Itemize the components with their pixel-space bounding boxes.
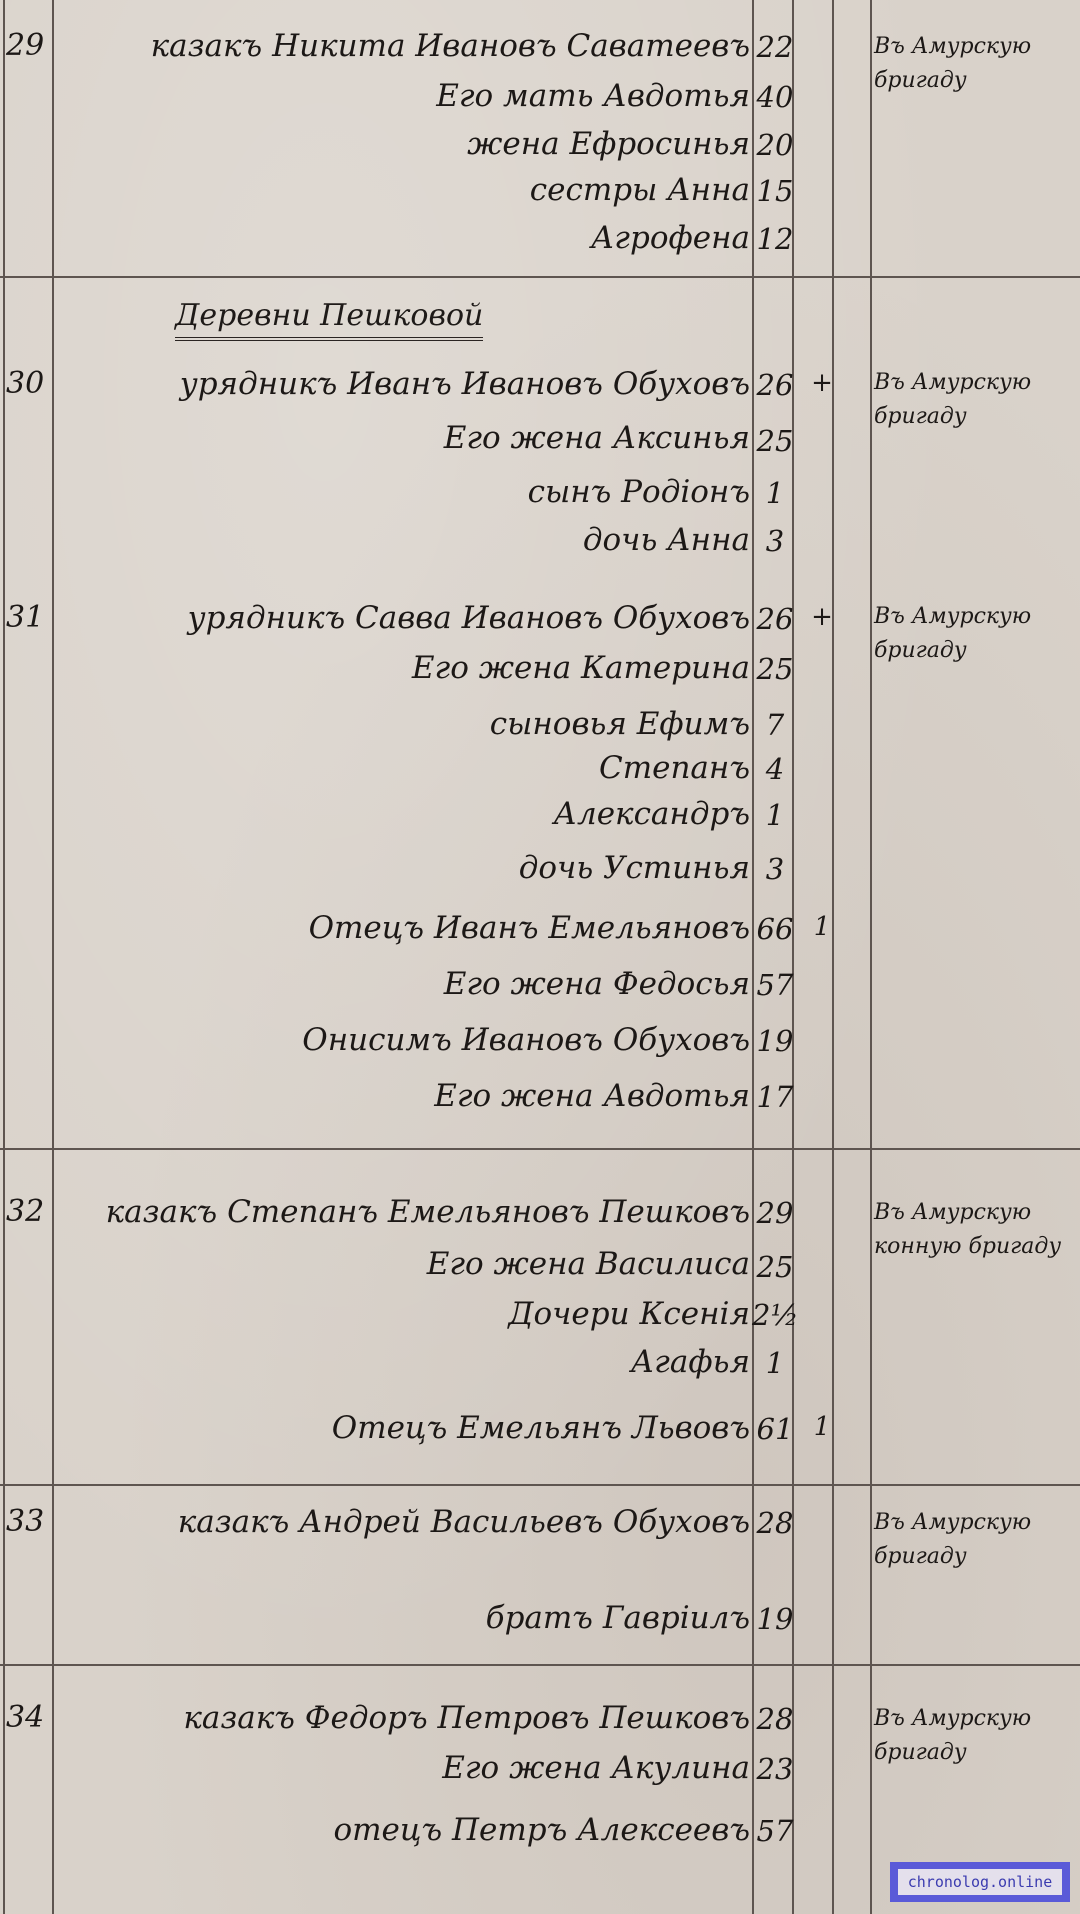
entry-line: Дочери Ксенія [508, 1296, 750, 1332]
entry-number: 30 [6, 366, 44, 401]
entry-line: отецъ Петръ Алексеевъ [333, 1812, 750, 1848]
entry-line: сестры Анна [530, 172, 750, 208]
entry-line: казакъ Андрей Васильевъ Обуховъ [178, 1504, 750, 1540]
entry-line: казакъ Федоръ Петровъ Пешковъ [183, 1700, 750, 1736]
entry-line: Его жена Катерина [412, 650, 750, 686]
age-value: 3 [752, 524, 798, 558]
watermark-badge: chronolog.online [890, 1862, 1070, 1902]
age-value: 57 [752, 1814, 798, 1848]
entry-number: 31 [6, 600, 44, 635]
age-value: 3 [752, 852, 798, 886]
entry-number: 32 [6, 1194, 44, 1229]
mark-value: 1 [806, 912, 838, 942]
entry-line: Агрофена [591, 220, 750, 256]
entry-line: Его мать Авдотья [436, 78, 750, 114]
entry-number: 33 [6, 1504, 44, 1539]
section-heading: Деревни Пешковой [175, 298, 483, 341]
age-value: 19 [752, 1602, 798, 1636]
age-value: 61 [752, 1412, 798, 1446]
age-value: 20 [752, 128, 798, 162]
entry-line: Агафья [631, 1344, 750, 1380]
entry-number: 34 [6, 1700, 44, 1735]
age-value: 25 [752, 652, 798, 686]
entry-line: Степанъ [599, 750, 750, 786]
entry-line: Его жена Авдотья [434, 1078, 750, 1114]
entry-note: Въ Амурскую бригаду [874, 1702, 1079, 1770]
age-value: 26 [752, 602, 798, 636]
separator-after-31 [0, 1148, 1080, 1150]
entry-line: Александръ [554, 796, 751, 832]
age-value: 15 [752, 174, 798, 208]
entry-line: Его жена Акулина [442, 1750, 750, 1786]
notes-column-left-rule [870, 0, 872, 1914]
mark-column-right-rule [832, 0, 834, 1914]
age-value: 66 [752, 912, 798, 946]
age-value: 1 [752, 798, 798, 832]
separator-after-32 [0, 1484, 1080, 1486]
mark-value: + [806, 602, 838, 632]
mark-value: 1 [806, 1412, 838, 1442]
age-value: 2½ [752, 1298, 798, 1332]
mark-value: + [806, 368, 838, 398]
age-value: 23 [752, 1752, 798, 1786]
entry-line: Отецъ Емельянъ Львовъ [332, 1410, 750, 1446]
age-value: 1 [752, 476, 798, 510]
age-value: 12 [752, 222, 798, 256]
age-value: 28 [752, 1506, 798, 1540]
entry-line: урядникъ Савва Ивановъ Обуховъ [188, 600, 750, 636]
age-value: 40 [752, 80, 798, 114]
document-page: Деревни Пешковой 29 казакъ Никита Иванов… [0, 0, 1080, 1914]
entry-line: Онисимъ Ивановъ Обуховъ [302, 1022, 750, 1058]
age-value: 17 [752, 1080, 798, 1114]
age-value: 19 [752, 1024, 798, 1058]
entry-line: Его жена Василиса [427, 1246, 750, 1282]
left-margin-rule [3, 0, 5, 1914]
entry-line: братъ Гавріилъ [486, 1600, 750, 1636]
age-value: 25 [752, 424, 798, 458]
age-value: 29 [752, 1196, 798, 1230]
entry-line: сынъ Родіонъ [528, 474, 750, 510]
age-value: 26 [752, 368, 798, 402]
age-value: 1 [752, 1346, 798, 1380]
entry-line: жена Ефросинья [467, 126, 750, 162]
entry-line: дочь Анна [583, 522, 750, 558]
entry-line: Отецъ Иванъ Емельяновъ [309, 910, 750, 946]
age-value: 4 [752, 752, 798, 786]
entry-line: сыновья Ефимъ [490, 706, 750, 742]
entry-line: урядникъ Иванъ Ивановъ Обуховъ [180, 366, 750, 402]
age-value: 7 [752, 708, 798, 742]
entry-line: Его жена Аксинья [444, 420, 750, 456]
watermark-text: chronolog.online [898, 1869, 1062, 1895]
separator-after-33 [0, 1664, 1080, 1666]
entry-note: Въ Амурскую бригаду [874, 1506, 1079, 1574]
entry-line: казакъ Степанъ Емельяновъ Пешковъ [106, 1194, 750, 1230]
entry-number: 29 [6, 28, 44, 63]
entry-note: Въ Амурскую бригаду [874, 366, 1079, 434]
entry-number-column-rule [52, 0, 54, 1914]
age-value: 57 [752, 968, 798, 1002]
separator-after-29 [0, 276, 1080, 278]
entry-line: дочь Устинья [519, 850, 750, 886]
age-value: 25 [752, 1250, 798, 1284]
entry-note: Въ Амурскую бригаду [874, 30, 1079, 98]
age-value: 22 [752, 30, 798, 64]
entry-note: Въ Амурскую конную бригаду [874, 1196, 1079, 1264]
entry-note: Въ Амурскую бригаду [874, 600, 1079, 668]
age-value: 28 [752, 1702, 798, 1736]
entry-line: Его жена Федосья [444, 966, 750, 1002]
entry-line: казакъ Никита Ивановъ Саватеевъ [151, 28, 750, 64]
